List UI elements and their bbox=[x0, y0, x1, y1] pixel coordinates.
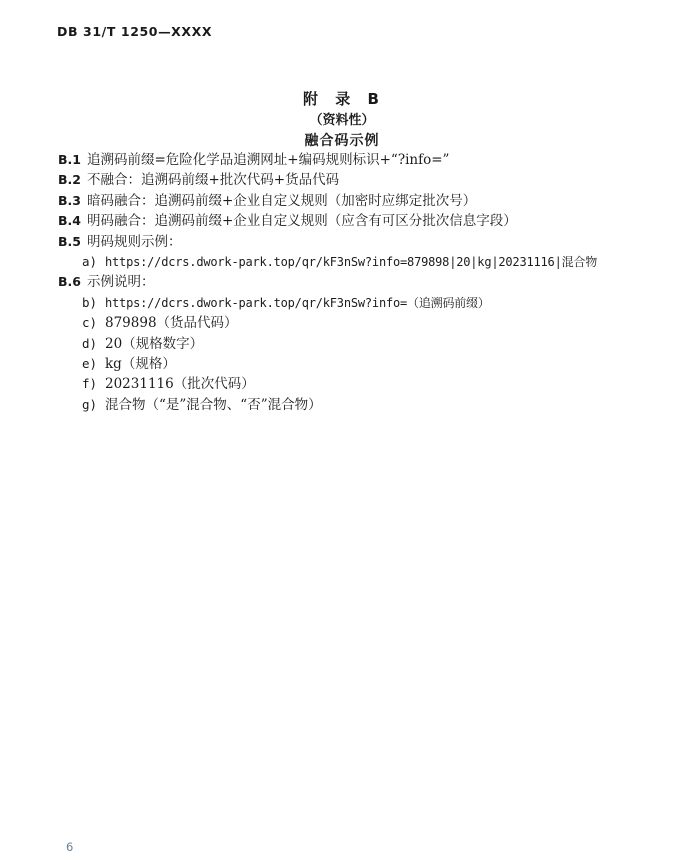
clause-item-e: e) kg（规格） bbox=[58, 354, 654, 374]
clause-item-c: c) 879898（货品代码） bbox=[58, 313, 654, 333]
list-item-label: a) bbox=[82, 252, 105, 272]
document-number-header: DB 31/T 1250—XXXX bbox=[57, 24, 212, 39]
list-item-label: b) bbox=[82, 293, 105, 313]
list-item-label: g) bbox=[82, 395, 105, 415]
appendix-subtitle-informative: （资料性） bbox=[0, 110, 684, 131]
list-item-label: c) bbox=[82, 313, 105, 333]
clause-text: 暗码融合：追溯码前缀+企业自定义规则（加密时应绑定批次号） bbox=[87, 191, 476, 211]
list-item-label: d) bbox=[82, 334, 105, 354]
list-item-label: e) bbox=[82, 354, 105, 374]
clause-b4: B.4 明码融合：追溯码前缀+企业自定义规则（应含有可区分批次信息字段） bbox=[58, 211, 654, 231]
clause-text: 示例说明： bbox=[87, 272, 155, 292]
clause-item-d: d) 20（规格数字） bbox=[58, 334, 654, 354]
clause-label: B.2 bbox=[58, 170, 87, 190]
clause-item-g: g) 混合物（“是”混合物、“否”混合物） bbox=[58, 395, 654, 415]
clause-b5: B.5 明码规则示例： bbox=[58, 232, 654, 252]
clause-list: B.1 追溯码前缀=危险化学品追溯网址+编码规则标识+“?info=” B.2 … bbox=[58, 150, 654, 415]
list-item-text: kg（规格） bbox=[105, 354, 176, 374]
clause-item-b: b) https://dcrs.dwork-park.top/qr/kF3nSw… bbox=[58, 293, 654, 313]
example-url: https://dcrs.dwork-park.top/qr/kF3nSw?in… bbox=[105, 252, 597, 272]
clause-text: 明码融合：追溯码前缀+企业自定义规则（应含有可区分批次信息字段） bbox=[87, 211, 517, 231]
clause-text: 追溯码前缀=危险化学品追溯网址+编码规则标识+“?info=” bbox=[87, 150, 449, 170]
clause-label: B.4 bbox=[58, 211, 87, 231]
clause-b2: B.2 不融合：追溯码前缀+批次代码+货品代码 bbox=[58, 170, 654, 190]
clause-item-f: f) 20231116（批次代码） bbox=[58, 374, 654, 394]
clause-label: B.3 bbox=[58, 191, 87, 211]
clause-label: B.1 bbox=[58, 150, 87, 170]
list-item-text: 20（规格数字） bbox=[105, 334, 203, 354]
appendix-title-block: 附 录 B （资料性） 融合码示例 bbox=[0, 89, 684, 152]
clause-label: B.5 bbox=[58, 232, 87, 252]
clause-item-a: a) https://dcrs.dwork-park.top/qr/kF3nSw… bbox=[58, 252, 654, 272]
list-item-text: 混合物（“是”混合物、“否”混合物） bbox=[105, 395, 322, 415]
appendix-title: 附 录 B bbox=[0, 89, 684, 110]
clause-b6: B.6 示例说明： bbox=[58, 272, 654, 292]
clause-b1: B.1 追溯码前缀=危险化学品追溯网址+编码规则标识+“?info=” bbox=[58, 150, 654, 170]
clause-text: 不融合：追溯码前缀+批次代码+货品代码 bbox=[87, 170, 339, 190]
document-page: DB 31/T 1250—XXXX 附 录 B （资料性） 融合码示例 B.1 … bbox=[0, 0, 684, 868]
page-number: 6 bbox=[66, 840, 73, 854]
list-item-text: 20231116（批次代码） bbox=[105, 374, 255, 394]
list-item-text: 879898（货品代码） bbox=[105, 313, 238, 333]
appendix-subject-title: 融合码示例 bbox=[0, 131, 684, 152]
clause-text: 明码规则示例： bbox=[87, 232, 182, 252]
clause-label: B.6 bbox=[58, 272, 87, 292]
example-url-prefix: https://dcrs.dwork-park.top/qr/kF3nSw?in… bbox=[105, 293, 490, 313]
clause-b3: B.3 暗码融合：追溯码前缀+企业自定义规则（加密时应绑定批次号） bbox=[58, 191, 654, 211]
list-item-label: f) bbox=[82, 374, 105, 394]
